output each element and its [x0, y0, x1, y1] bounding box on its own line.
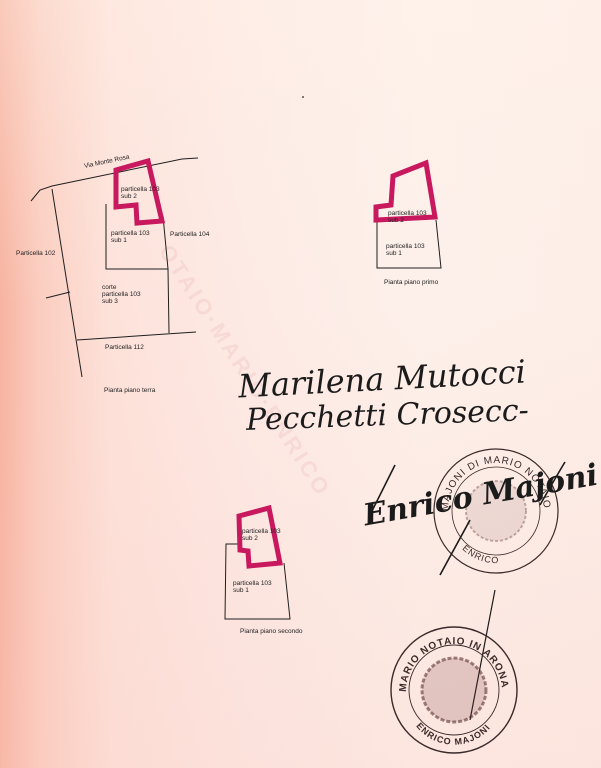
document-page: OTAIO·MARIO·ENRICO Via Monte Rosa partic… [0, 0, 601, 768]
notary-stamp-2: MARIO NOTAIO IN ARONA ENRICO MAJONI DI [388, 622, 520, 756]
